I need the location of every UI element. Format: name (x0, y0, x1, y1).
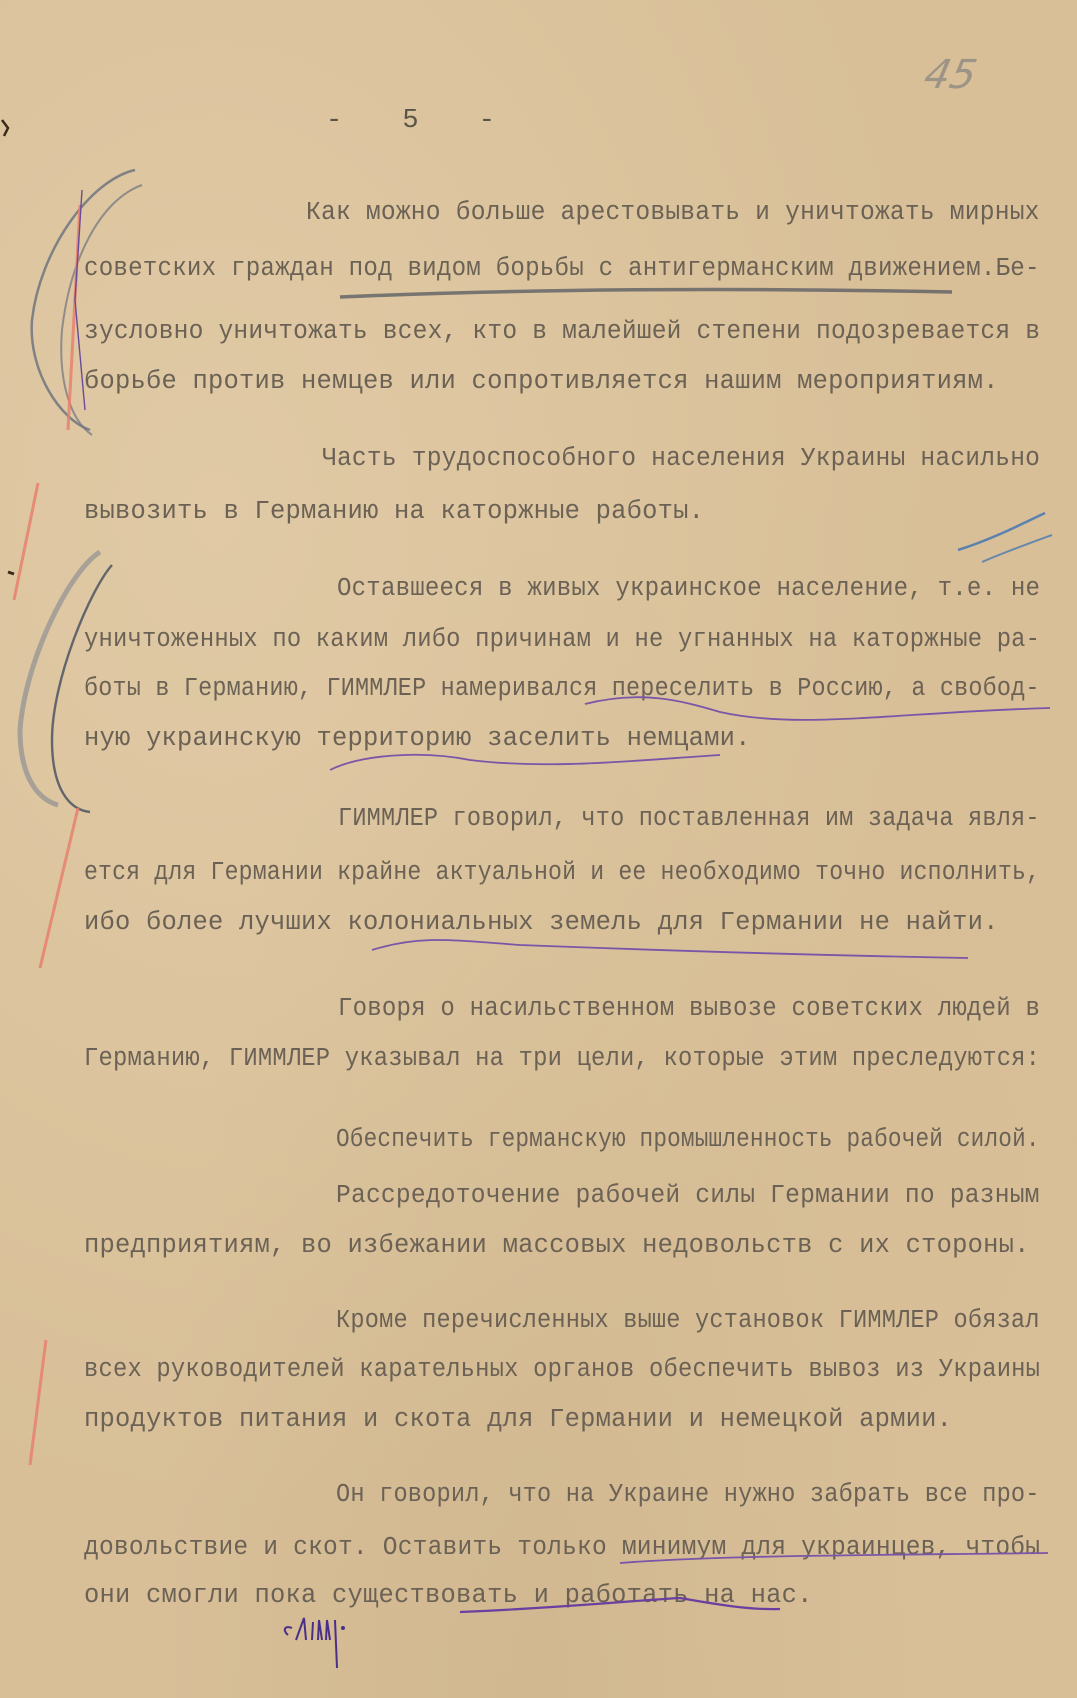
text-line: продуктов питания и скота для Германии и… (84, 1405, 952, 1434)
text-line: Он говорил, что на Украине нужно забрать… (336, 1480, 1040, 1509)
text-line: ГИММЛЕР говорил, что поставленная им зад… (338, 804, 1040, 833)
text-line: зусловно уничтожать всех, кто в малейшей… (84, 317, 1040, 346)
ink-spot-mark (2, 120, 8, 136)
archive-number: 45 (920, 52, 981, 98)
red-pencil-mark (68, 205, 80, 430)
text-line: Кроме перечисленных выше установок ГИММЛ… (336, 1306, 1040, 1335)
text-line: Рассредоточение рабочей силы Германии по… (336, 1181, 1040, 1210)
text-line: советских граждан под видом борьбы с ант… (84, 254, 1040, 283)
text-line: уничтоженных по каким либо причинам и не… (84, 625, 1040, 654)
text-line: ибо более лучших колониальных земель для… (84, 908, 999, 937)
text-line: борьбе против немцев или сопротивляется … (84, 367, 999, 396)
ink-spot-mark (8, 572, 14, 574)
purple-underline-mark (372, 940, 968, 958)
text-line: всех руководителей карательных органов о… (84, 1355, 1040, 1384)
red-pencil-mark (30, 1340, 46, 1465)
signature-mark (285, 1618, 344, 1668)
blue-ink-mark (958, 513, 1045, 550)
text-line: Говоря о насильственном вывозе советских… (338, 994, 1040, 1023)
pencil-underline-mark (340, 290, 952, 297)
text-line: предприятиям, во избежании массовых недо… (84, 1231, 1030, 1260)
text-line: Как можно больше арестовывать и уничтожа… (306, 198, 1040, 227)
text-line: вывозить в Германию на каторжные работы. (84, 497, 704, 526)
text-line: довольствие и скот. Оставить только мини… (84, 1533, 1040, 1562)
page-number: - 5 - (326, 106, 517, 136)
red-pencil-mark (40, 808, 78, 968)
text-line: ется для Германии крайне актуальной и ее… (84, 858, 1040, 887)
blue-ink-mark (982, 535, 1052, 562)
red-pencil-mark (14, 483, 38, 600)
text-line: Германию, ГИММЛЕР указывал на три цели, … (84, 1044, 1040, 1073)
text-line: Обеспечить германскую промышленность раб… (336, 1125, 1040, 1154)
text-line: боты в Германию, ГИММЛЕР намеривался пер… (84, 674, 1040, 703)
text-line: Часть трудоспособного населения Украины … (322, 444, 1040, 473)
text-line: Оставшееся в живых украинское население,… (337, 574, 1040, 603)
purple-underline-mark (330, 755, 720, 770)
text-line: ную украинскую территорию заселить немца… (84, 724, 751, 753)
text-line: они смогли пока существовать и работать … (84, 1581, 813, 1610)
pencil-bracket-mark (61, 185, 142, 435)
